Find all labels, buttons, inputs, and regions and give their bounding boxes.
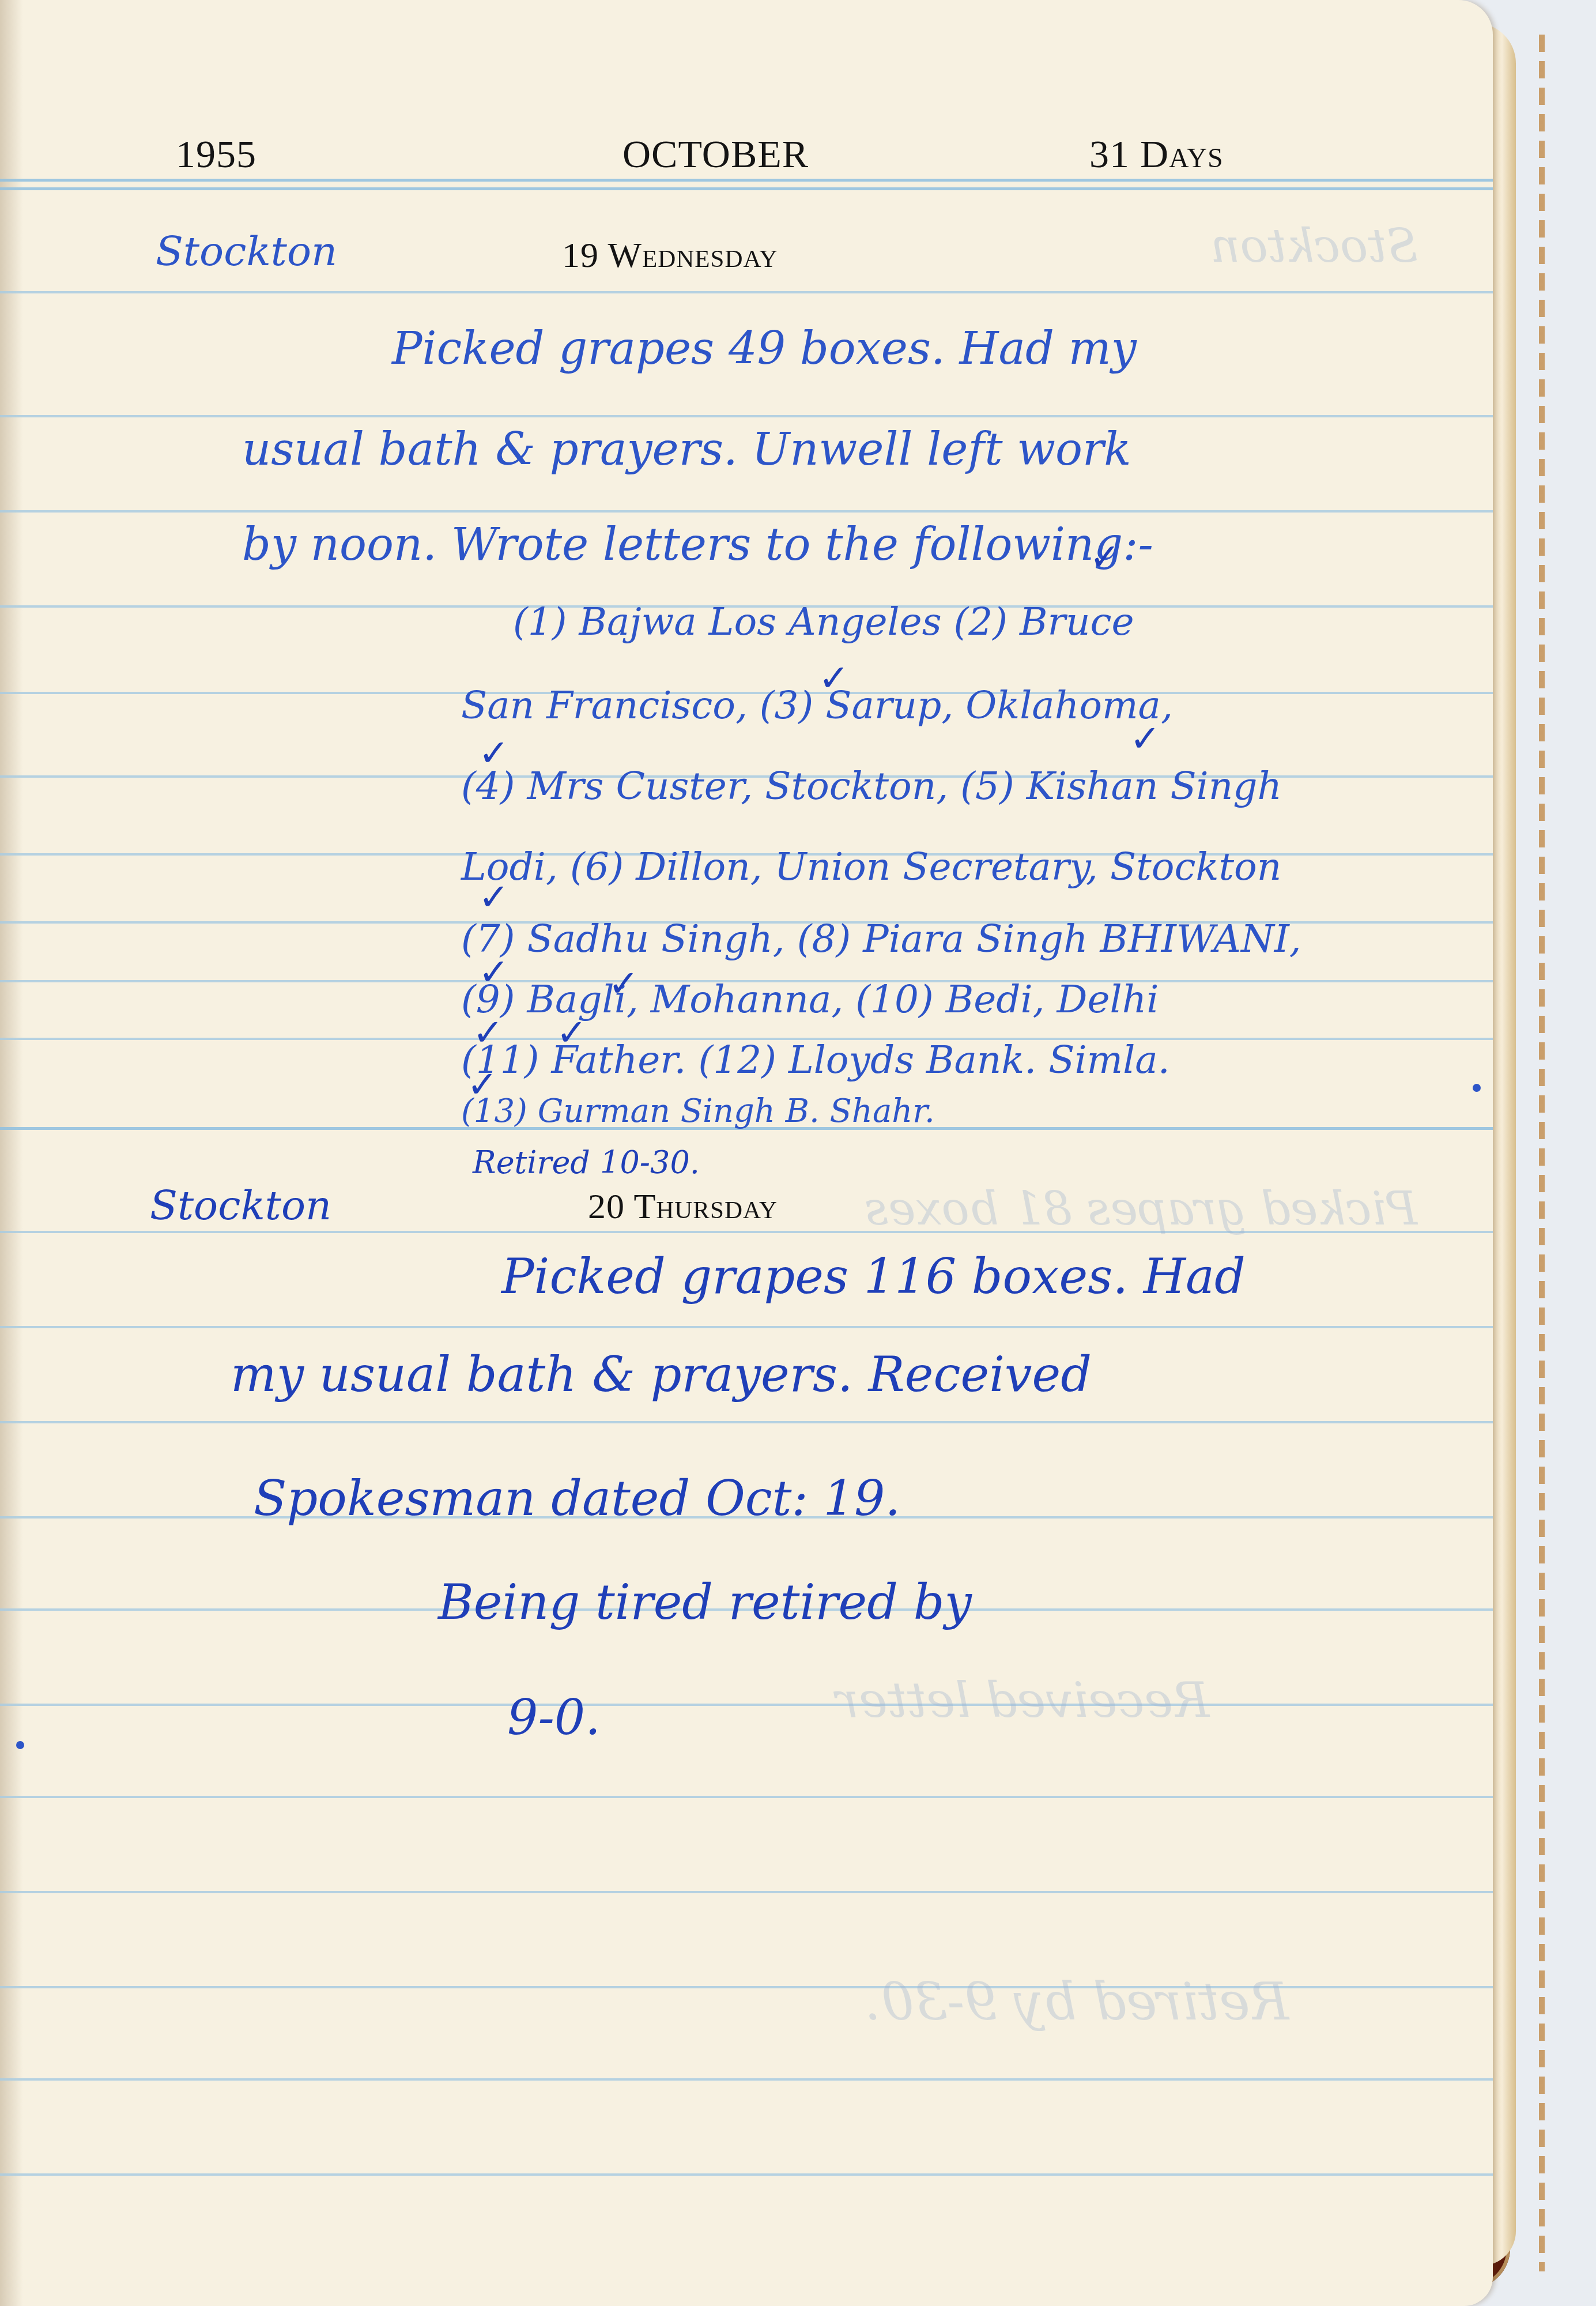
retired-note: Retired 10-30.	[473, 1144, 700, 1181]
ruled-line	[0, 1796, 1493, 1798]
check-mark-icon: ✓	[556, 1012, 587, 1054]
day-heading-20: 20 Thursday	[588, 1186, 778, 1227]
check-mark-icon: ✓	[478, 951, 510, 994]
header-month: OCTOBER	[622, 131, 809, 177]
ruled-line	[0, 291, 1493, 293]
header-days: 31 Days	[1089, 131, 1224, 177]
entry-text-line: usual bath & prayers. Unwell left work	[242, 424, 1131, 476]
entry-text-line: my usual bath & prayers. Received	[231, 1346, 1092, 1403]
entry-text-line: 9-0.	[507, 1689, 601, 1746]
check-mark-icon: ✓	[818, 657, 850, 700]
letter-list-line: San Francisco, (3) Sarup, Oklahoma,	[461, 683, 1173, 728]
bleed-through-text: Retired by 9-30.	[865, 1972, 1289, 2032]
bleed-through-text: Picked grapes 81 boxes	[865, 1182, 1417, 1235]
day-heading-19: 19 Wednesday	[562, 235, 778, 276]
letter-list-line: (7) Sadhu Singh, (8) Piara Singh BHIWANI…	[461, 917, 1301, 961]
ruled-line	[0, 1326, 1493, 1328]
check-mark-icon: ✓	[478, 732, 510, 775]
check-mark-icon: ✓	[1130, 718, 1161, 760]
ruled-line	[0, 1891, 1493, 1893]
entry-text-line: Picked grapes 116 boxes. Had	[501, 1248, 1246, 1305]
entry-text-line: by noon. Wrote letters to the following:…	[242, 519, 1153, 571]
header-rule	[0, 179, 1493, 182]
letter-list-line: (4) Mrs Custer, Stockton, (5) Kishan Sin…	[461, 764, 1282, 808]
entry-text-line: Spokesman dated Oct: 19.	[254, 1470, 900, 1527]
ruled-line	[0, 1704, 1493, 1706]
check-mark-icon: ✓	[467, 1064, 498, 1106]
ruled-line	[0, 2078, 1493, 2081]
ruled-line	[0, 510, 1493, 513]
header-year: 1955	[176, 131, 256, 177]
check-mark-icon: ✓	[473, 1012, 504, 1054]
check-mark-icon: ✓	[1089, 536, 1120, 579]
ink-dot	[16, 1741, 24, 1749]
bleed-through-text: Received letter	[836, 1672, 1209, 1728]
header-rule	[0, 187, 1493, 190]
entry-text-line: Being tired retired by	[438, 1574, 972, 1630]
ruled-line	[0, 1421, 1493, 1423]
ruled-line	[0, 415, 1493, 417]
check-mark-icon: ✓	[608, 963, 639, 1005]
entry-location: Stockton	[156, 228, 337, 275]
letter-list-line: (13) Gurman Singh B. Shahr.	[461, 1092, 935, 1130]
cover-stitching	[1539, 35, 1545, 2271]
bleed-through-text: Stockton	[1210, 219, 1418, 273]
ruled-line	[0, 2173, 1493, 2176]
letter-list-line: (1) Bajwa Los Angeles (2) Bruce	[513, 600, 1134, 644]
entry-location: Stockton	[150, 1182, 331, 1229]
diary-page: Stockton Picked grapes 81 boxes Received…	[0, 0, 1493, 2306]
ink-dot	[1473, 1084, 1481, 1092]
entry-text-line: Picked grapes 49 boxes. Had my	[392, 323, 1137, 375]
letter-list-line: Lodi, (6) Dillon, Union Secretary, Stock…	[461, 845, 1281, 889]
check-mark-icon: ✓	[478, 876, 510, 919]
